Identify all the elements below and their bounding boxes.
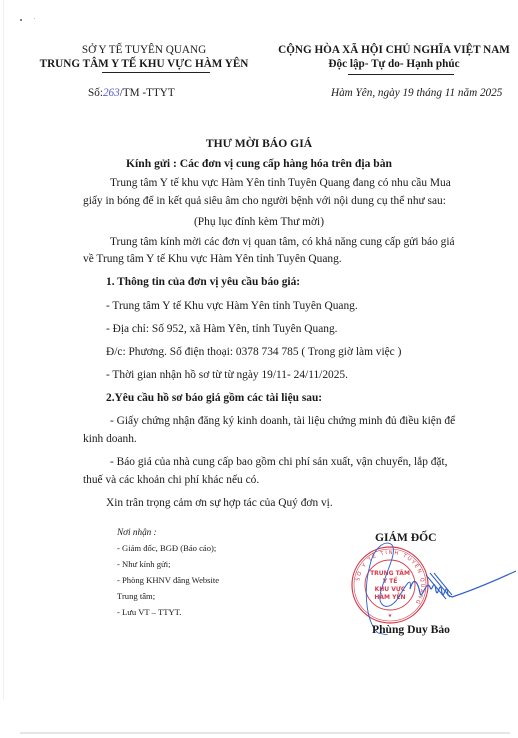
document-page: SỞ Y TẾ TUYÊN QUANG TRUNG TÂM Y TẾ KHU V… [0, 0, 518, 738]
department-name: SỞ Y TẾ TUYÊN QUANG [34, 43, 254, 57]
header-right: CỘNG HÒA XÃ HỘI CHỦ NGHĨA VIỆT NAM Độc l… [274, 43, 514, 71]
section-2-heading: 2.Yêu cầu hồ sơ báo giá gồm các tài liệu… [106, 390, 322, 407]
submission-period: - Thời gian nhận hồ sơ từ từ ngày 19/11-… [106, 367, 348, 384]
country-name: CỘNG HÒA XÃ HỘI CHỦ NGHĨA VIỆT NAM [274, 43, 514, 57]
requester-unit: - Trung tâm Y tế Khu vực Hàm Yên tỉnh Tu… [106, 298, 358, 315]
closing-line: Xin trân trọng cảm ơn sự hợp tác của Quý… [106, 495, 333, 512]
recipients-label: Nơi nhận : [117, 524, 219, 540]
header-right-underline [348, 74, 454, 75]
date-line: Hàm Yên, ngày 19 tháng 11 năm 2025 [331, 87, 502, 99]
header-left: SỞ Y TẾ TUYÊN QUANG TRUNG TÂM Y TẾ KHU V… [34, 43, 254, 71]
recipient-item: - Phòng KHNV đăng Website [117, 572, 219, 588]
document-title: THƯ MỜI BÁO GIÁ [0, 137, 518, 150]
national-motto: Độc lập- Tự do- Hạnh phúc [274, 57, 514, 71]
requirement-2-line-1: - Báo giá của nhà cung cấp bao gồm chi p… [110, 454, 448, 471]
requirement-1-line-2: kinh doanh. [83, 431, 137, 448]
invite-line-2: về Trung tâm Y tế Khu vực Hàm Yên tỉnh T… [83, 251, 342, 268]
doc-number-handwritten: 263 [103, 87, 120, 99]
scan-edge [3, 0, 4, 700]
requirement-1-line-1: - Giấy chứng nhận đăng ký kinh doanh, tà… [110, 413, 455, 430]
signer-name: Phùng Duy Bảo [372, 623, 450, 636]
recipients-block: Nơi nhận : - Giám đốc, BGĐ (Báo cáo); - … [117, 524, 219, 620]
greeting: Kính gửi : Các đơn vị cung cấp hàng hóa … [0, 157, 518, 170]
requester-address: - Địa chỉ: Số 952, xã Hàm Yên, tỉnh Tuyê… [106, 321, 337, 338]
section-1-heading: 1. Thông tin của đơn vị yêu cầu báo giá: [106, 274, 300, 291]
recipient-item: - Giám đốc, BGĐ (Báo cáo); [117, 540, 219, 556]
scan-speck [20, 19, 22, 21]
header-left-underline [102, 72, 210, 73]
intro-line-2: giấy in bóng để in kết quả siêu âm cho n… [83, 193, 446, 210]
organization-name: TRUNG TÂM Y TẾ KHU VỰC HÀM YÊN [34, 57, 254, 71]
requester-contact: Đ/c: Phương. Số điện thoại: 0378 734 785… [106, 344, 401, 361]
document-number: Số:263/TM -TTYT [88, 87, 175, 99]
intro-line-1: Trung tâm Y tế khu vực Hàm Yên tỉnh Tuyê… [110, 175, 451, 192]
recipient-item: - Như kính gửi; [117, 556, 219, 572]
handwritten-signature-icon [340, 535, 518, 635]
appendix-note: (Phụ lục đính kèm Thư mời) [0, 214, 518, 231]
scan-edge [20, 732, 510, 734]
scan-speck [34, 18, 35, 19]
requirement-2-line-2: thuế và các khoản chi phí khác nếu có. [83, 472, 259, 489]
doc-number-suffix: /TM -TTYT [120, 87, 175, 99]
recipient-item: Trung tâm; [117, 588, 219, 604]
doc-number-prefix: Số: [88, 87, 103, 99]
recipient-item: - Lưu VT – TTYT. [117, 604, 219, 620]
invite-line-1: Trung tâm kính mời các đơn vị quan tâm, … [110, 234, 455, 251]
